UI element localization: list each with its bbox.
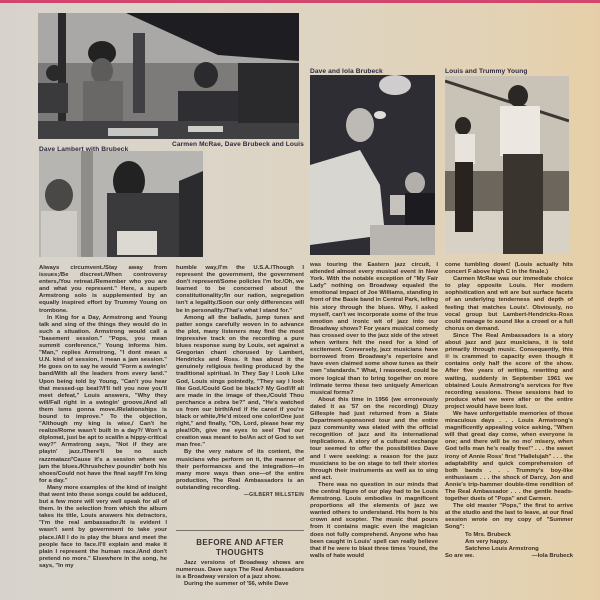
- section-divider: [176, 530, 304, 531]
- col3-paragraph: was touring the Eastern jazz circuit, I …: [310, 262, 438, 397]
- photo-louis-trummy-young: [445, 76, 569, 254]
- photo-dave-iola-brubeck: [310, 75, 435, 255]
- col4-paragraph: Carmen McRae was our immediate choice to…: [445, 276, 573, 333]
- col1-paragraph: Many more examples of the kind of insigh…: [39, 485, 167, 570]
- caption-trummy: Louis and Trummy Young: [445, 68, 528, 75]
- col4-paragraph: We have unforgettable memories of those …: [445, 411, 573, 503]
- photo-studio-session: [38, 13, 299, 139]
- byline-gilbert-millstein: —GILBERT MILLSTEIN: [176, 492, 304, 499]
- article-column-2: humble way,/I'm the U.S.A./Though I repr…: [176, 265, 304, 499]
- caption-iola: Dave and Iola Brubeck: [310, 68, 383, 75]
- col2-paragraph: humble way,/I'm the U.S.A./Though I repr…: [176, 265, 304, 315]
- col1-paragraph: Always circumvent./Stay away from issues…: [39, 265, 167, 315]
- col1-paragraph: In King for a Day, Armstrong and Young t…: [39, 315, 167, 485]
- col2-paragraph: Jazz versions of Broadway shows are nume…: [176, 560, 304, 581]
- photo-dave-lambert: [39, 151, 203, 257]
- col3-paragraph: About this time in 1956 (we erroneously …: [310, 397, 438, 482]
- col2-paragraph: Among all the ballads, jump tunes and pa…: [176, 315, 304, 450]
- closing-line: So are we.: [445, 553, 474, 560]
- col4-paragraph: Since The Real Ambassadors is a story ab…: [445, 333, 573, 411]
- article-column-1: Always circumvent./Stay away from issues…: [39, 265, 167, 570]
- inscription-line: Am very happy.: [445, 539, 573, 546]
- byline-iola-brubeck: —Iola Brubeck: [532, 553, 573, 560]
- col4-paragraph: The old master "Pops," the first to arri…: [445, 503, 573, 531]
- section-heading-before-after-thoughts: BEFORE AND AFTER THOUGHTS: [190, 538, 290, 558]
- col2-paragraph: By the very nature of its content, the m…: [176, 449, 304, 492]
- article-column-3: was touring the Eastern jazz circuit, I …: [310, 262, 438, 560]
- top-color-strip: [0, 0, 600, 3]
- article-column-2-continued: Jazz versions of Broadway shows are nume…: [176, 560, 304, 588]
- inscription-line: Satchmo Louis Armstrong: [445, 546, 573, 553]
- inscription-line: To Mrs. Brubeck: [445, 532, 573, 539]
- col4-paragraph: come tumbling down! (Louis actually hits…: [445, 262, 573, 276]
- col2-paragraph: During the summer of '56, while Dave: [176, 581, 304, 588]
- caption-studio: Carmen McRae, Dave Brubeck and Louis: [172, 141, 304, 148]
- article-column-4: come tumbling down! (Louis actually hits…: [445, 262, 573, 560]
- col3-paragraph: There was no question in our minds that …: [310, 482, 438, 560]
